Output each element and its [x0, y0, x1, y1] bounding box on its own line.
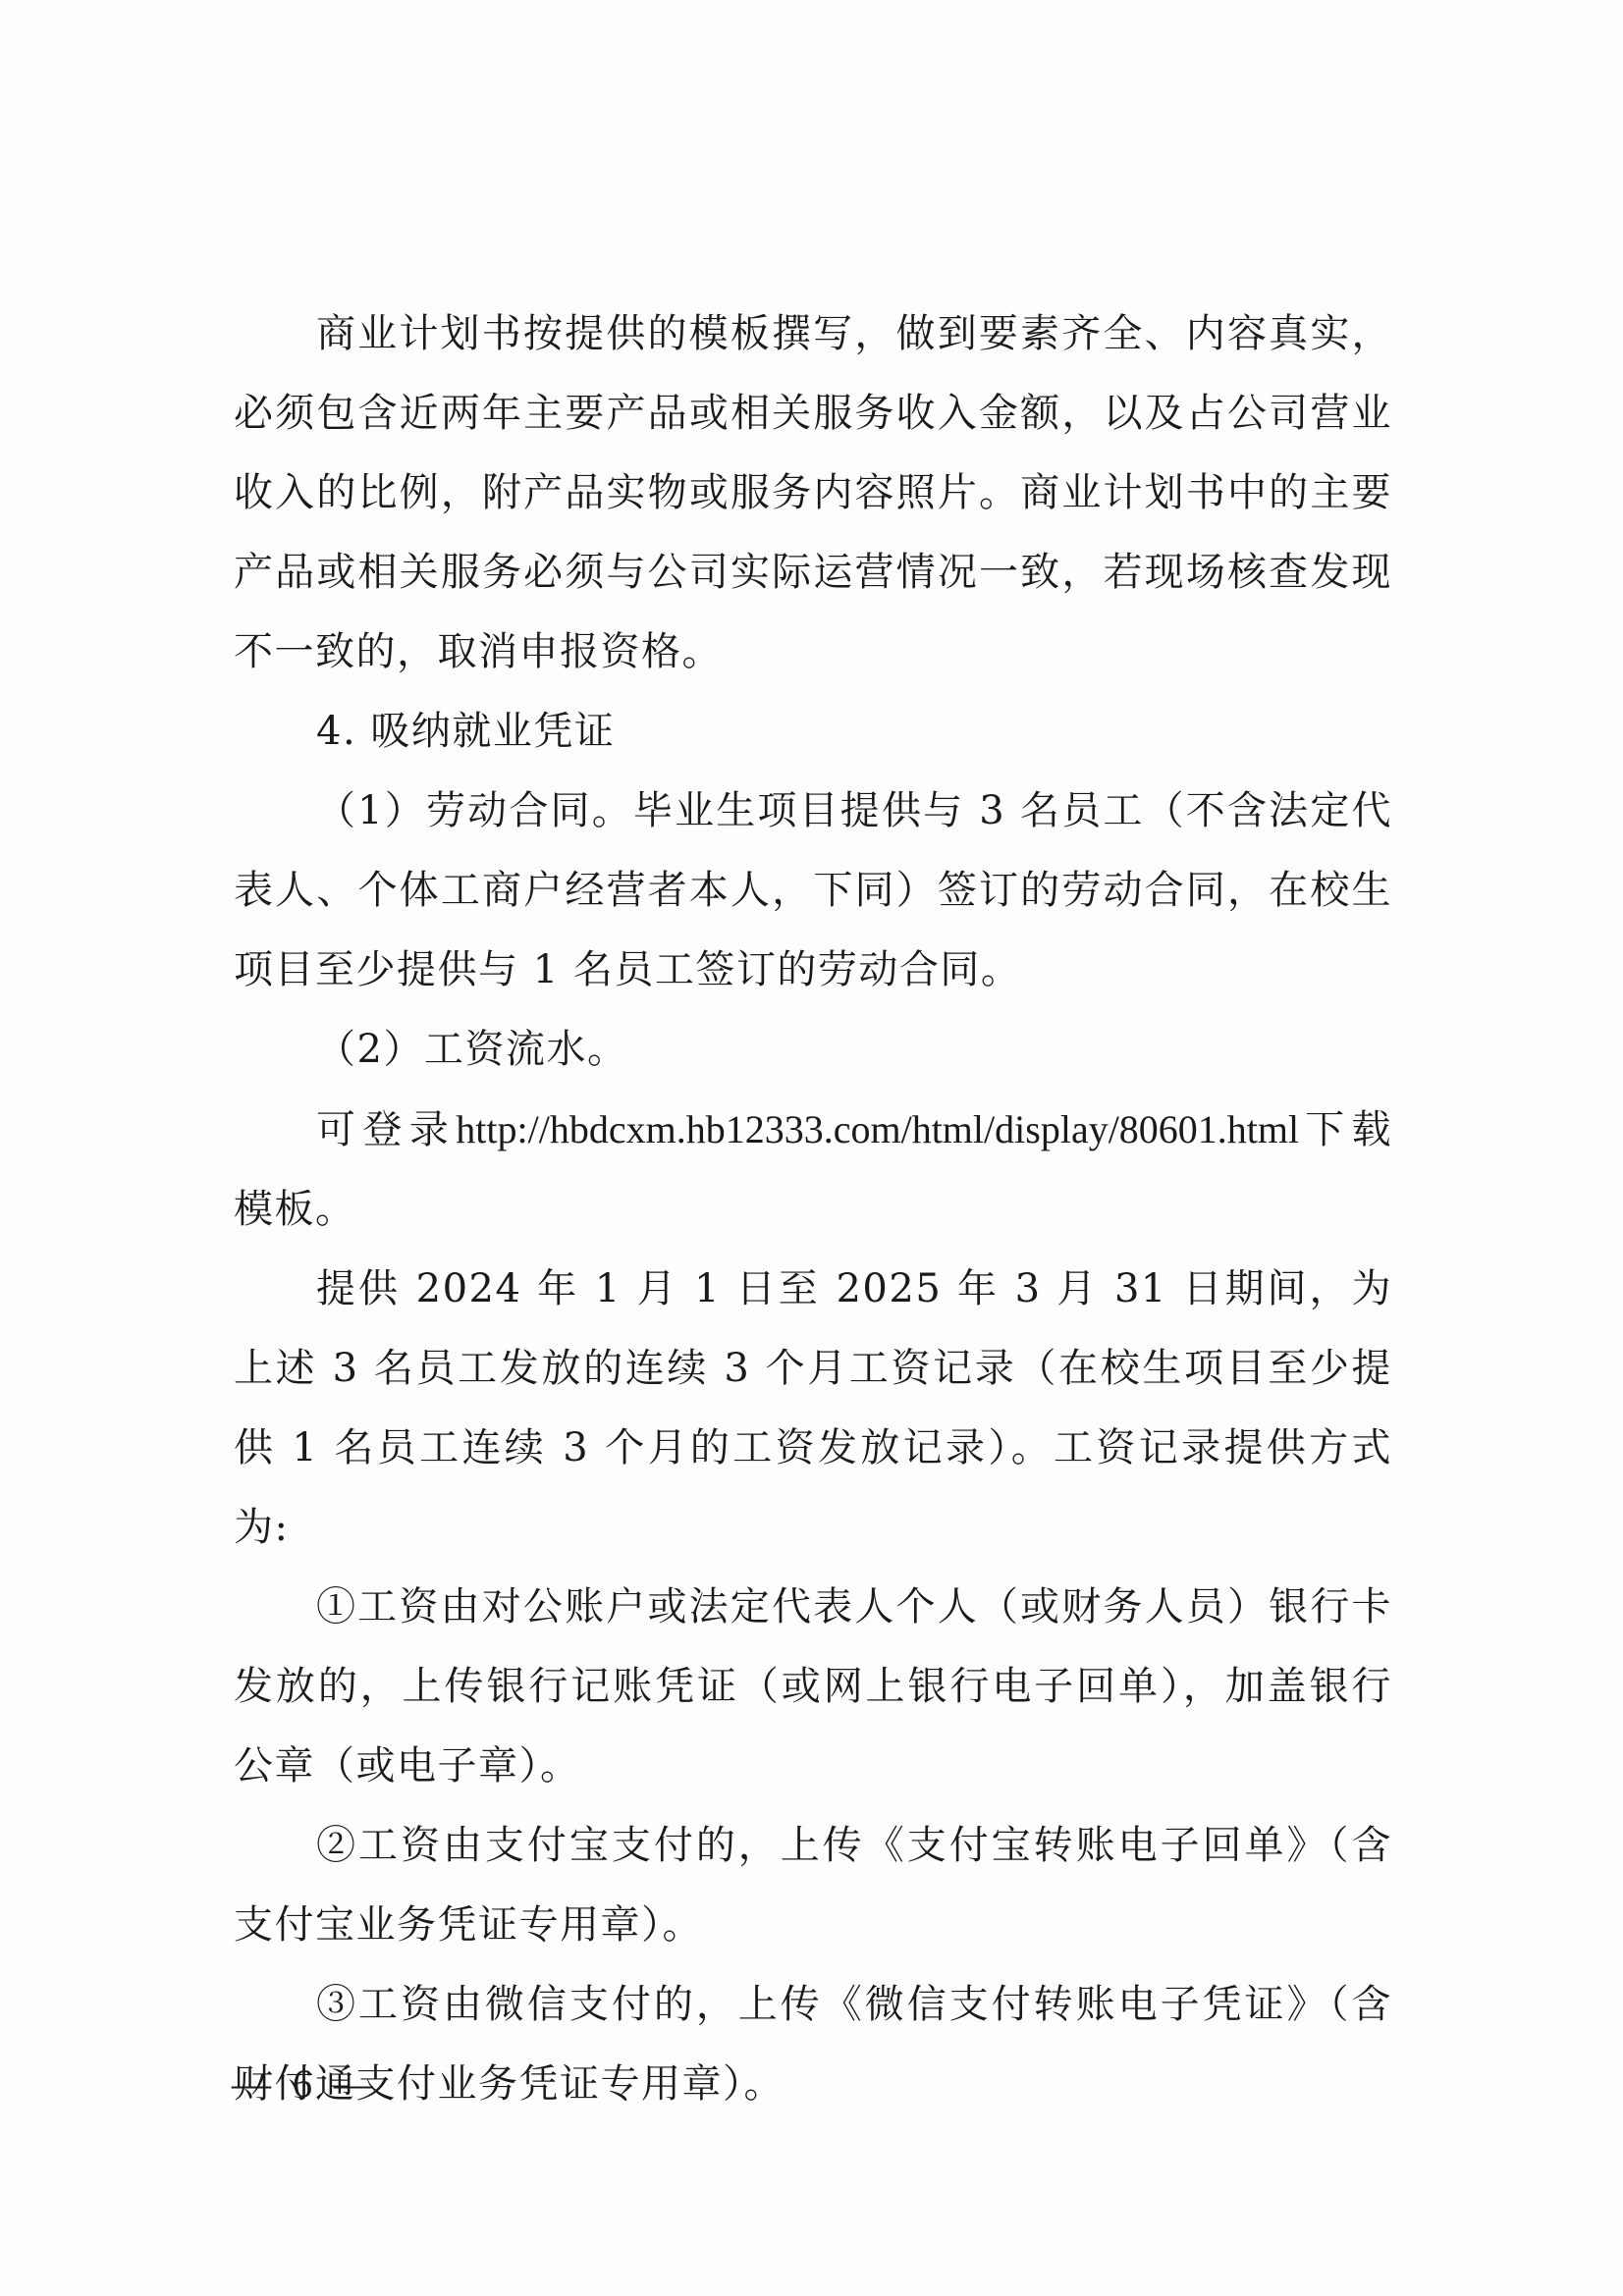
paragraph-labor-contract: （1）劳动合同。毕业生项目提供与 3 名员工（不含法定代表人、个体工商户经营者本… [234, 772, 1392, 1010]
paragraph-business-plan: 商业计划书按提供的模板撰写，做到要素齐全、内容真实，必须包含近两年主要产品或相关… [234, 294, 1392, 692]
download-prefix: 可登录 [316, 1107, 456, 1152]
paragraph-salary-flow-heading: （2）工资流水。 [234, 1010, 1392, 1090]
paragraph-wechat-payment: ③工资由微信支付的，上传《微信支付转账电子凭证》（含财付通支付业务凭证专用章）。 [234, 1965, 1392, 2124]
paragraph-template-download: 可登录http://hbdcxm.hb12333.com/html/displa… [234, 1090, 1392, 1250]
template-url-link[interactable]: http://hbdcxm.hb12333.com/html/display/8… [456, 1107, 1299, 1151]
page-number: — 6 — [232, 2059, 379, 2109]
document-body: 商业计划书按提供的模板撰写，做到要素齐全、内容真实，必须包含近两年主要产品或相关… [234, 294, 1392, 2124]
paragraph-alipay-payment: ②工资由支付宝支付的，上传《支付宝转账电子回单》（含支付宝业务凭证专用章）。 [234, 1806, 1392, 1965]
paragraph-bank-payment: ①工资由对公账户或法定代表人个人（或财务人员）银行卡发放的，上传银行记账凭证（或… [234, 1568, 1392, 1806]
paragraph-salary-records: 提供 2024 年 1 月 1 日至 2025 年 3 月 31 日期间，为上述… [234, 1250, 1392, 1568]
section-heading-employment-proof: 4. 吸纳就业凭证 [234, 692, 1392, 772]
